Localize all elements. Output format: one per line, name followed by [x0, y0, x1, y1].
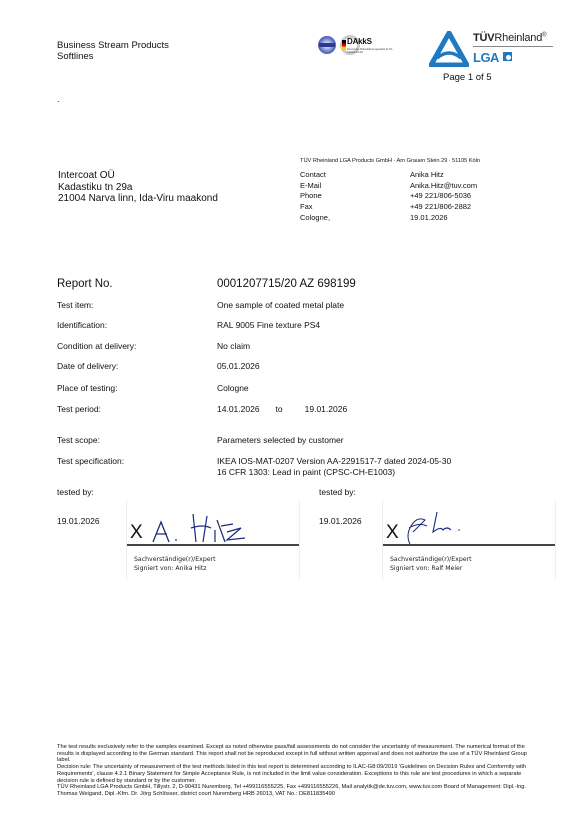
logo-divider: [473, 46, 553, 47]
fax-label: Fax: [300, 202, 410, 213]
registered-mark: ®: [542, 32, 546, 38]
test-period-from: 14.01.2026: [217, 404, 260, 414]
phone-value: +49 221/806-5036: [410, 191, 471, 202]
business-stream-header: Business Stream Products Softlines: [57, 40, 169, 62]
phone-label: Phone: [300, 191, 410, 202]
field-label: Test item:: [57, 300, 217, 310]
test-period-to: 19.01.2026: [305, 404, 348, 414]
signature-caption: Sachverständige(r)/Expert Signiert von: …: [390, 556, 472, 573]
letter-date: 19.01.2026: [410, 213, 448, 224]
fax-value: +49 221/806-2882: [410, 202, 471, 213]
signature-box: X Sachverständige(r)/Expert Signiert von…: [382, 500, 556, 580]
field-value: RAL 9005 Fine texture PS4: [217, 320, 320, 330]
spec-line: IKEA IOS-MAT-0207 Version AA-2291517-7 d…: [217, 456, 451, 467]
recipient-street: Kadastiku tn 29a: [58, 182, 218, 194]
tuv-wordmark-regular: Rheinland: [494, 32, 542, 44]
marker-dot: .: [57, 94, 60, 104]
email-value[interactable]: Anika.Hitz@tuv.com: [410, 181, 477, 192]
test-item-row: Test item: One sample of coated metal pl…: [57, 300, 344, 310]
email-label: E-Mail: [300, 181, 410, 192]
field-value: 05.01.2026: [217, 361, 260, 371]
signature-line: [383, 544, 555, 546]
dakks-logo-subtitle: Deutsche Akkreditierungsstelle D-PL-1402…: [347, 48, 397, 54]
signer-name: Signiert von: Ralf Meier: [390, 565, 472, 574]
sender-address-line: TÜV Rheinland LGA Products GmbH · Am Gra…: [300, 158, 480, 164]
signature-line: [127, 544, 299, 546]
field-value: No claim: [217, 341, 250, 351]
recipient-company: Intercoat OÜ: [58, 170, 218, 182]
report-number: 0001207715/20 AZ 698199: [217, 278, 356, 290]
test-period-value: 14.01.2026to19.01.2026: [217, 404, 347, 414]
identification-row: Identification: RAL 9005 Fine texture PS…: [57, 320, 320, 330]
business-stream-name: Business Stream Products: [57, 40, 169, 51]
test-specification-value: IKEA IOS-MAT-0207 Version AA-2291517-7 d…: [217, 456, 451, 478]
legal-footer: The test results exclusively refer to th…: [57, 744, 537, 798]
field-label: Test period:: [57, 404, 217, 414]
contact-row: ContactAnika Hitz: [300, 170, 477, 181]
contact-value: Anika Hitz: [410, 170, 444, 181]
signer-role: Sachverständige(r)/Expert: [134, 556, 216, 565]
field-label: Place of testing:: [57, 383, 217, 393]
recipient-address: Intercoat OÜ Kadastiku tn 29a 21004 Narv…: [58, 170, 218, 205]
field-value: Parameters selected by customer: [217, 435, 344, 445]
report-number-row: Report No. 0001207715/20 AZ 698199: [57, 278, 356, 290]
field-label: Date of delivery:: [57, 361, 217, 371]
test-specification-row: Test specification: IKEA IOS-MAT-0207 Ve…: [57, 456, 451, 478]
signer-name: Signiert von: Anika Hitz: [134, 565, 216, 574]
footer-company-info: TÜV Rheinland LGA Products GmbH, Tillyst…: [57, 784, 537, 797]
contact-label: Contact: [300, 170, 410, 181]
footer-disclaimer: The test results exclusively refer to th…: [57, 744, 537, 764]
signer-role: Sachverständige(r)/Expert: [390, 556, 472, 565]
signature-ralf-meier: [397, 506, 487, 546]
phone-row: Phone+49 221/806-5036: [300, 191, 477, 202]
german-flag-icon: [342, 40, 346, 50]
tested-by-label: tested by:: [57, 487, 94, 497]
place-date-row: Cologne,19.01.2026: [300, 213, 477, 224]
iqnet-logo-icon: [318, 36, 336, 54]
report-number-label: Report No.: [57, 278, 217, 290]
dakks-logo-text: DAkkS: [347, 37, 372, 46]
recipient-city: 21004 Narva linn, Ida-Viru maakond: [58, 193, 218, 205]
page-indicator: Page 1 of 5: [443, 72, 492, 83]
signature-anika-hitz: [141, 506, 251, 546]
condition-row: Condition at delivery: No claim: [57, 341, 250, 351]
tested-by-label: tested by:: [319, 487, 356, 497]
place-of-testing-row: Place of testing: Cologne: [57, 383, 249, 393]
signature-box: X Sachverständige(r)/Expert Signiert von…: [126, 500, 300, 580]
signature-date: 19.01.2026: [57, 516, 100, 526]
lga-wordmark: LGA: [473, 50, 499, 65]
field-label: Identification:: [57, 320, 217, 330]
test-period-row: Test period: 14.01.2026to19.01.2026: [57, 404, 347, 414]
fax-row: Fax+49 221/806-2882: [300, 202, 477, 213]
contact-details: ContactAnika Hitz E-MailAnika.Hitz@tuv.c…: [300, 170, 477, 224]
signature-caption: Sachverständige(r)/Expert Signiert von: …: [134, 556, 216, 573]
test-period-to-word: to: [276, 404, 283, 414]
email-row: E-MailAnika.Hitz@tuv.com: [300, 181, 477, 192]
field-label: Test specification:: [57, 456, 217, 478]
tuv-rheinland-wordmark: TÜVRheinland®: [473, 32, 546, 44]
spec-line: 16 CFR 1303: Lead in paint (CPSC-CH-E100…: [217, 467, 451, 478]
field-label: Condition at delivery:: [57, 341, 217, 351]
field-label: Test scope:: [57, 435, 217, 445]
field-value: One sample of coated metal plate: [217, 300, 344, 310]
field-value: Cologne: [217, 383, 249, 393]
lga-square-icon: [503, 52, 512, 61]
footer-decision-rule: Decision rule: The uncertainty of measur…: [57, 764, 537, 784]
tuv-wordmark-bold: TÜV: [473, 32, 494, 44]
place-label: Cologne,: [300, 213, 410, 224]
delivery-date-row: Date of delivery: 05.01.2026: [57, 361, 260, 371]
tuv-triangle-logo-icon: [429, 31, 469, 67]
signature-date: 19.01.2026: [319, 516, 362, 526]
test-scope-row: Test scope: Parameters selected by custo…: [57, 435, 344, 445]
business-stream-division: Softlines: [57, 51, 169, 62]
